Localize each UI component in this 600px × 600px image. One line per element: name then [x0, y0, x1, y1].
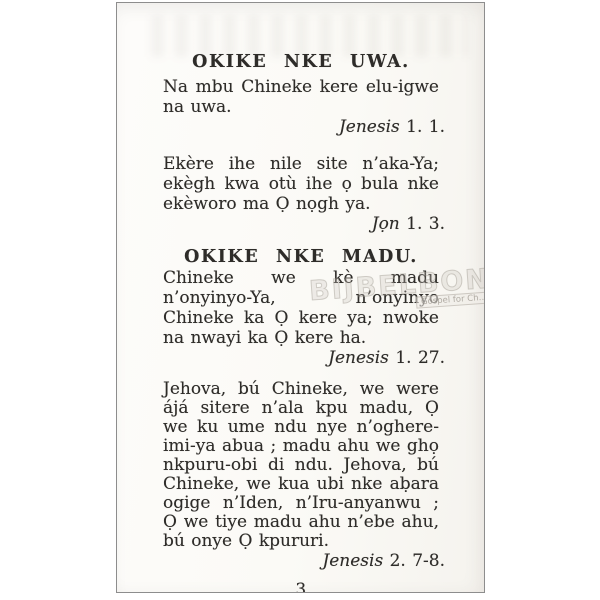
verse-genesis-1-1: Na mbu Chineke kere elu-igwe na uwa. — [163, 77, 439, 117]
reference-location: 1. 27. — [395, 348, 445, 368]
verse-genesis-2-7-8: Jehova, bú Chineke, we were ájá sitere n… — [163, 380, 439, 551]
page-content: OKIKE NKE UWA. Na mbu Chineke kere elu-i… — [117, 3, 484, 593]
reference-location: 1. 3. — [406, 214, 445, 234]
verse-genesis-1-27: Chineke we kè madu n’onyinyo-Ya, n’onyin… — [163, 268, 439, 348]
reference-location: 2. 7-8. — [390, 551, 445, 571]
section-heading-okike-nke-uwa: OKIKE NKE UWA. — [163, 52, 439, 72]
section-heading-okike-nke-madu: OKIKE NKE MADU. — [163, 247, 439, 267]
verse-reference: Jenesis 1. 1. — [163, 117, 445, 137]
verse-john-1-3: Ekère ihe nile site n’aka-Ya; ekègh kwa … — [163, 154, 439, 214]
reference-book-name: Jenesis — [339, 117, 400, 137]
page-number: 3 — [163, 580, 439, 593]
reference-book-name: Jenesis — [328, 348, 389, 368]
reference-book-name: Jọn — [372, 214, 400, 234]
reference-book-name: Jenesis — [322, 551, 383, 571]
verse-reference: Jọn 1. 3. — [163, 214, 445, 234]
scanned-book-page: OKIKE NKE UWA. Na mbu Chineke kere elu-i… — [116, 2, 485, 593]
verse-reference: Jenesis 2. 7-8. — [163, 551, 445, 571]
reference-location: 1. 1. — [406, 117, 445, 137]
verse-reference: Jenesis 1. 27. — [163, 348, 445, 368]
screenshot-stage: OKIKE NKE UWA. Na mbu Chineke kere elu-i… — [0, 0, 600, 600]
